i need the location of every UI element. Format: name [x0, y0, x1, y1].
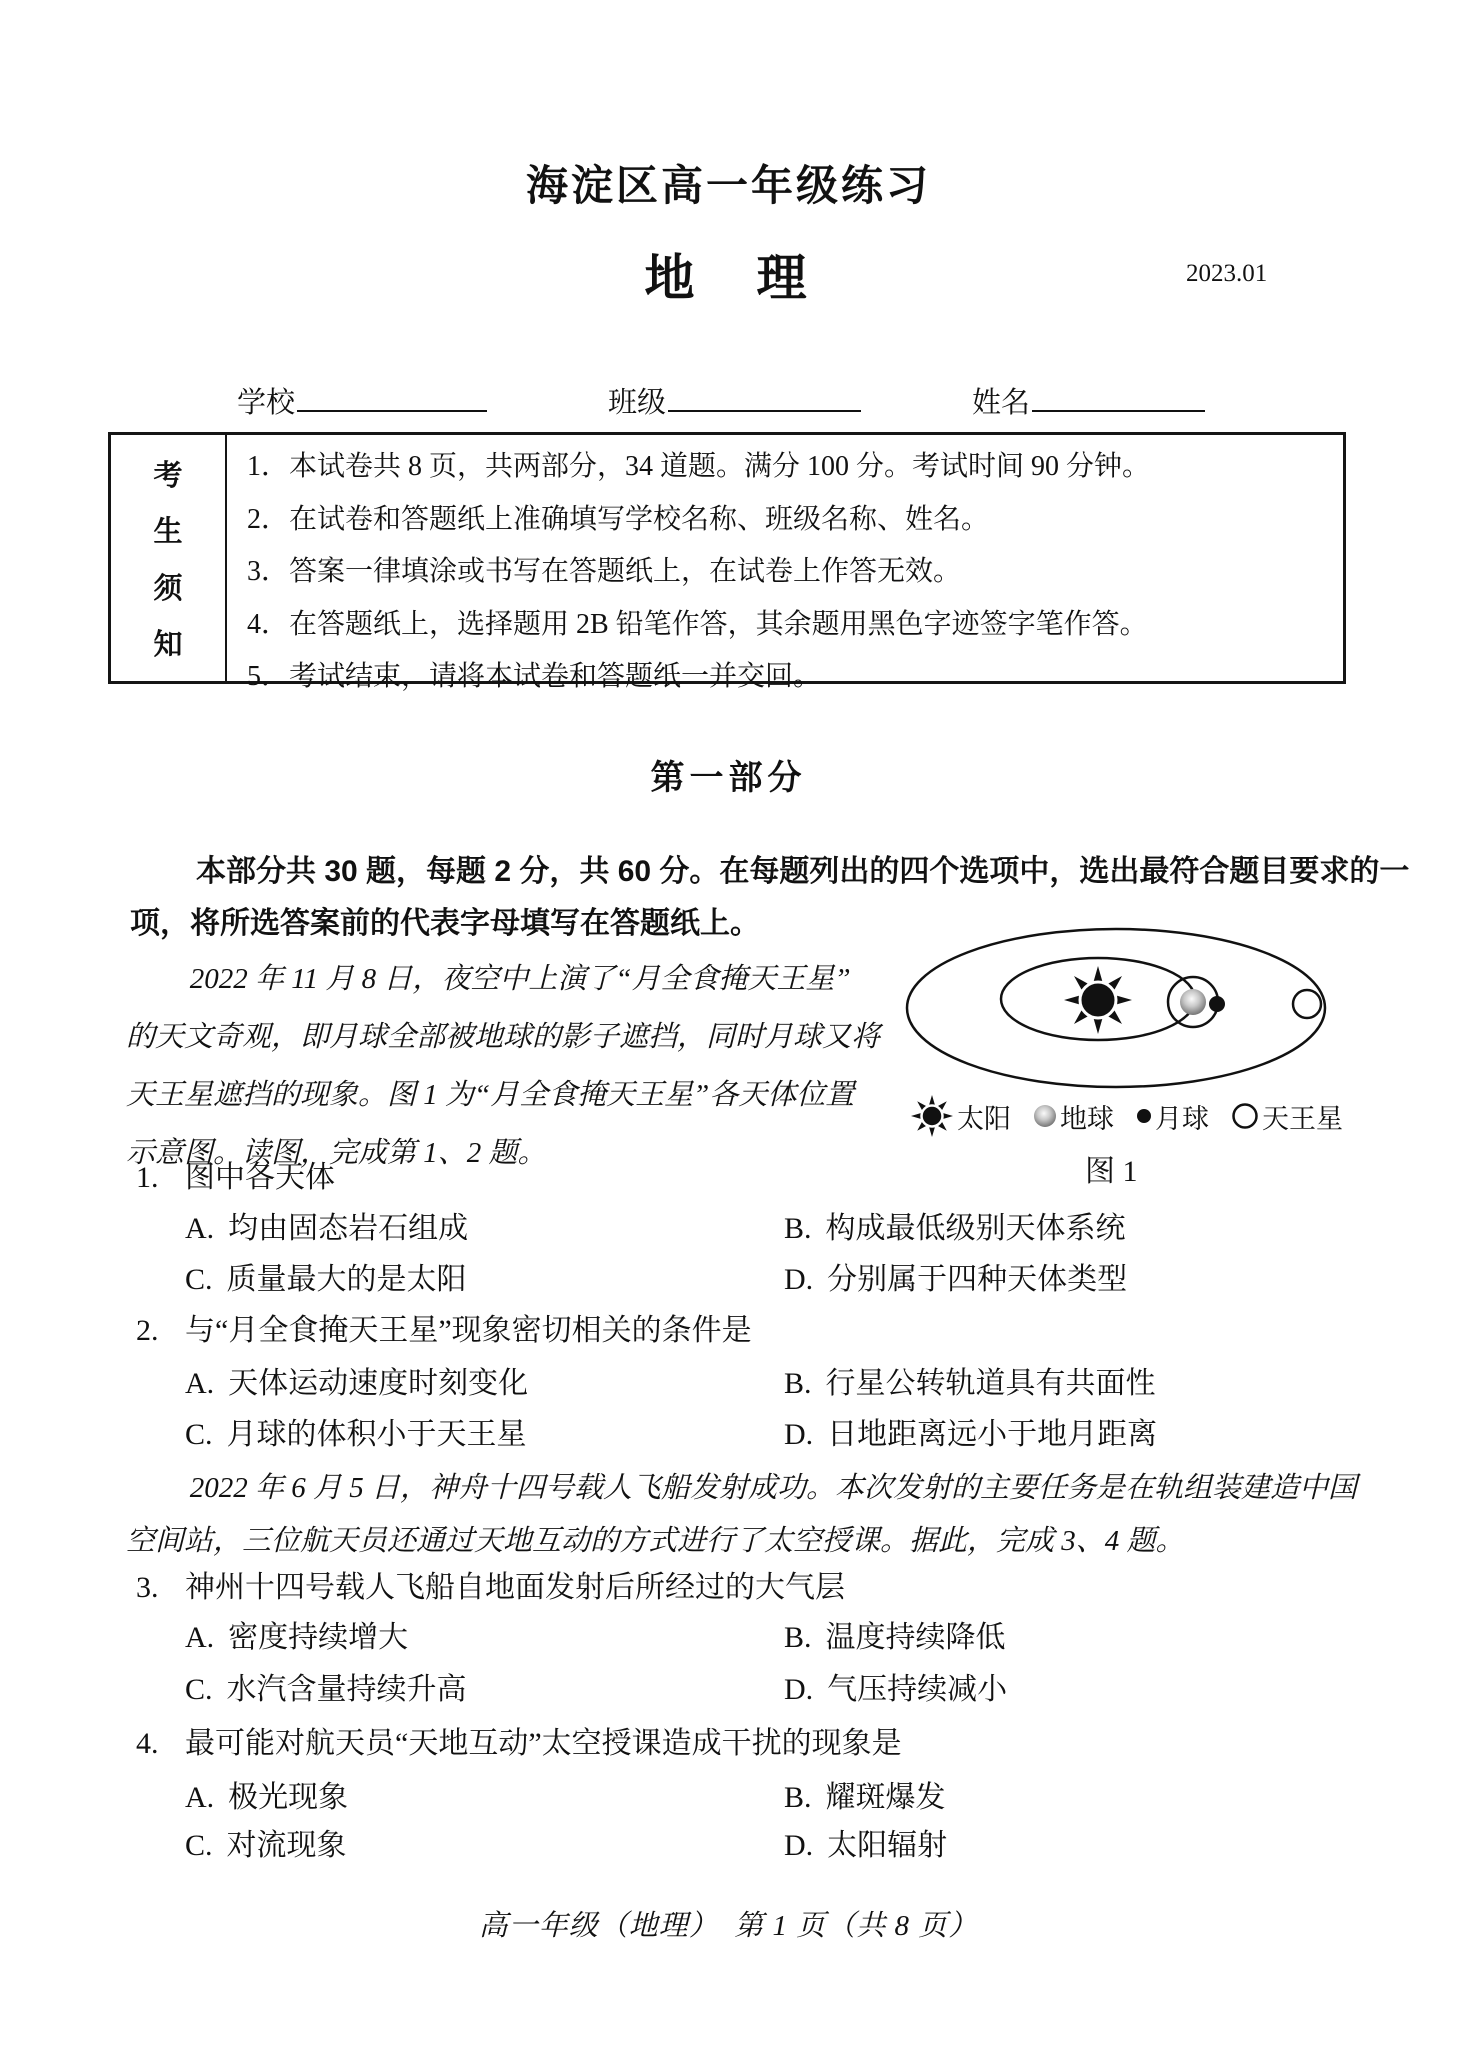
question-3: 3.神州十四号载人飞船自地面发射后所经过的大气层 — [136, 1562, 845, 1606]
question-stem: 图中各天体 — [185, 1161, 335, 1194]
notice-side-label: 考 生 须 知 — [111, 435, 227, 681]
figure-legend: 太阳 地球 月球 天王星 — [910, 1094, 1343, 1138]
uranus-icon — [1231, 1102, 1259, 1130]
question-4-options-row-2: C.对流现象D.太阳辐射 — [185, 1820, 947, 1864]
question-4: 4.最可能对航天员“天地互动”太空授课造成干扰的现象是 — [136, 1718, 902, 1762]
school-field: 学校 — [237, 380, 487, 421]
question-2-options-row-1: A.天体运动速度时刻变化B.行星公转轨道具有共面性 — [185, 1358, 1156, 1402]
option-c[interactable]: C.对流现象 — [185, 1820, 784, 1864]
question-2-options-row-2: C.月球的体积小于天王星D.日地距离远小于地月距离 — [185, 1409, 1157, 1453]
question-1-options-row-1: A.均由固态岩石组成B.构成最低级别天体系统 — [185, 1203, 1126, 1247]
question-number: 1. — [136, 1161, 185, 1195]
question-1: 1.图中各天体 — [136, 1152, 335, 1196]
legend-sun: 太阳 — [910, 1094, 1011, 1138]
school-blank[interactable] — [297, 380, 487, 412]
class-label: 班级 — [608, 387, 666, 419]
option-c[interactable]: C.月球的体积小于天王星 — [185, 1409, 784, 1453]
option-b[interactable]: B.构成最低级别天体系统 — [784, 1203, 1126, 1247]
intro-line: 本部分共 30 题，每题 2 分，共 60 分。在每题列出的四个选项中，选出最符… — [130, 846, 1409, 898]
option-a[interactable]: A.均由固态岩石组成 — [185, 1203, 784, 1247]
notice-side-char: 须 — [153, 566, 182, 607]
option-d[interactable]: D.分别属于四种天体类型 — [784, 1254, 1127, 1298]
option-b[interactable]: B.耀斑爆发 — [784, 1772, 946, 1816]
passage-line: 的天文奇观，即月球全部被地球的影子遮挡，同时月球又将 — [126, 1008, 880, 1066]
notice-item: 5．考试结束，请将本试卷和答题纸一并交回。 — [247, 651, 1343, 704]
exam-page: 海淀区高一年级练习 地 理 2023.01 学校 班级 姓名 考 生 须 知 1… — [0, 0, 1457, 2048]
legend-moon-label: 月球 — [1155, 1097, 1209, 1136]
passage-line: 天王星遮挡的现象。图 1 为“月全食掩天王星”各天体位置 — [126, 1066, 880, 1124]
option-a[interactable]: A.极光现象 — [185, 1772, 784, 1816]
question-stem: 神州十四号载人飞船自地面发射后所经过的大气层 — [185, 1571, 845, 1604]
page-footer: 高一年级（地理） 第 1 页（共 8 页） — [0, 1903, 1457, 1944]
question-stem: 与“月全食掩天王星”现象密切相关的条件是 — [185, 1314, 752, 1347]
question-number: 4. — [136, 1727, 185, 1761]
legend-uranus-label: 天王星 — [1262, 1097, 1343, 1136]
legend-earth: 地球 — [1033, 1097, 1114, 1136]
notice-side-char: 知 — [153, 622, 182, 663]
question-stem: 最可能对航天员“天地互动”太空授课造成干扰的现象是 — [185, 1727, 902, 1760]
option-b[interactable]: B.行星公转轨道具有共面性 — [784, 1358, 1156, 1402]
passage-line: 空间站，三位航天员还通过天地互动的方式进行了太空授课。据此，完成 3、4 题。 — [126, 1515, 1357, 1568]
name-field: 姓名 — [972, 380, 1205, 421]
name-label: 姓名 — [972, 387, 1030, 419]
option-a[interactable]: A.密度持续增大 — [185, 1612, 784, 1656]
legend-sun-label: 太阳 — [957, 1097, 1011, 1136]
option-d[interactable]: D.太阳辐射 — [784, 1820, 947, 1864]
earth-icon — [1180, 989, 1206, 1015]
uranus-orbit — [907, 929, 1325, 1087]
question-number: 2. — [136, 1314, 185, 1348]
option-d[interactable]: D.气压持续减小 — [784, 1664, 1007, 1708]
section-title: 第一部分 — [0, 750, 1457, 799]
legend-uranus: 天王星 — [1231, 1097, 1343, 1136]
notice-side-char: 生 — [153, 509, 182, 550]
option-d[interactable]: D.日地距离远小于地月距离 — [784, 1409, 1157, 1453]
option-c[interactable]: C.质量最大的是太阳 — [185, 1254, 784, 1298]
notice-item: 4．在答题纸上，选择题用 2B 铅笔作答，其余题用黑色字迹签字笔作答。 — [247, 599, 1343, 652]
notice-item: 3．答案一律填涂或书写在答题纸上，在试卷上作答无效。 — [247, 546, 1343, 599]
notice-item: 1．本试卷共 8 页，共两部分，34 道题。满分 100 分。考试时间 90 分… — [247, 441, 1343, 494]
passage-shenzhou: 2022 年 6 月 5 日，神舟十四号载人飞船发射成功。本次发射的主要任务是在… — [126, 1462, 1357, 1568]
sun-icon — [910, 1094, 954, 1138]
moon-icon — [1136, 1108, 1152, 1124]
option-a[interactable]: A.天体运动速度时刻变化 — [185, 1358, 784, 1402]
question-3-options-row-1: A.密度持续增大B.温度持续降低 — [185, 1612, 1006, 1656]
exam-title: 海淀区高一年级练习 — [0, 153, 1457, 213]
passage-line: 2022 年 6 月 5 日，神舟十四号载人飞船发射成功。本次发射的主要任务是在… — [126, 1462, 1357, 1515]
question-3-options-row-2: C.水汽含量持续升高D.气压持续减小 — [185, 1664, 1007, 1708]
notice-items: 1．本试卷共 8 页，共两部分，34 道题。满分 100 分。考试时间 90 分… — [227, 435, 1343, 681]
question-1-options-row-2: C.质量最大的是太阳D.分别属于四种天体类型 — [185, 1254, 1127, 1298]
option-c[interactable]: C.水汽含量持续升高 — [185, 1664, 784, 1708]
notice-item: 2．在试卷和答题纸上准确填写学校名称、班级名称、姓名。 — [247, 494, 1343, 547]
question-2: 2.与“月全食掩天王星”现象密切相关的条件是 — [136, 1305, 752, 1349]
name-blank[interactable] — [1032, 380, 1205, 412]
school-label: 学校 — [237, 387, 295, 419]
passage-eclipse: 2022 年 11 月 8 日，夜空中上演了“月全食掩天王星” 的天文奇观，即月… — [126, 950, 880, 1182]
class-field: 班级 — [608, 380, 861, 421]
legend-earth-label: 地球 — [1060, 1097, 1114, 1136]
uranus-icon — [1293, 990, 1321, 1018]
figure-caption: 图 1 — [1085, 1146, 1138, 1190]
notice-side-char: 考 — [153, 453, 182, 494]
legend-moon: 月球 — [1136, 1097, 1209, 1136]
figure-1: 太阳 地球 月球 天王星 图 1 — [890, 918, 1350, 1188]
sun-core — [1080, 982, 1116, 1018]
moon-icon — [1209, 996, 1225, 1012]
class-blank[interactable] — [668, 380, 861, 412]
exam-date: 2023.01 — [1186, 260, 1267, 288]
earth-icon — [1033, 1104, 1057, 1128]
question-number: 3. — [136, 1571, 185, 1605]
option-b[interactable]: B.温度持续降低 — [784, 1612, 1006, 1656]
orbit-diagram — [890, 918, 1350, 1098]
notice-box: 考 生 须 知 1．本试卷共 8 页，共两部分，34 道题。满分 100 分。考… — [108, 432, 1346, 684]
passage-line: 2022 年 11 月 8 日，夜空中上演了“月全食掩天王星” — [126, 950, 880, 1008]
question-4-options-row-1: A.极光现象B.耀斑爆发 — [185, 1772, 946, 1816]
